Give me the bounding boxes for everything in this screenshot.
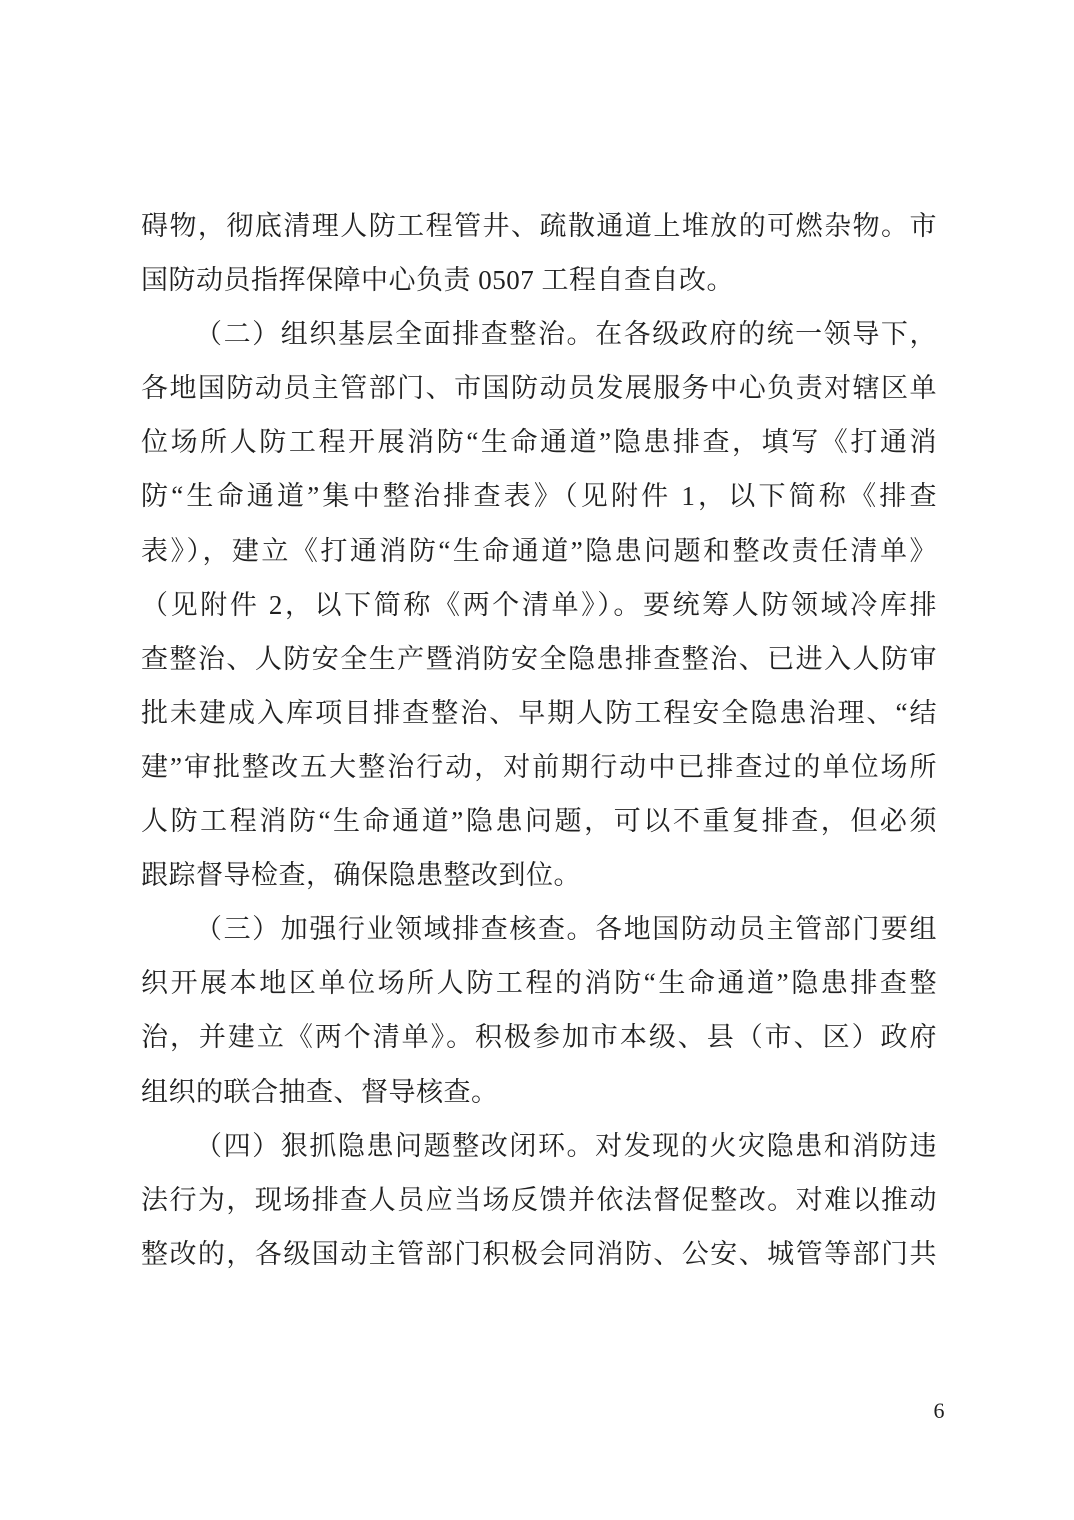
text-line: （二）组织基层全面排查整治。在各级政府的统一领导下，: [141, 307, 937, 361]
text-line: 碍物，彻底清理人防工程管井、疏散通道上堆放的可燃杂物。市: [141, 199, 937, 253]
text-line: 治，并建立《两个清单》。积极参加市本级、县（市、区）政府: [141, 1010, 937, 1064]
text-line: 批未建成入库项目排查整治、早期人防工程安全隐患治理、“结: [141, 686, 937, 740]
document-body: 碍物，彻底清理人防工程管井、疏散通道上堆放的可燃杂物。市国防动员指挥保障中心负责…: [141, 199, 937, 1281]
page-number: 6: [924, 1396, 954, 1426]
text-line: 查整治、人防安全生产暨消防安全隐患排查整治、已进入人防审: [141, 632, 937, 686]
text-line: 法行为，现场排查人员应当场反馈并依法督促整改。对难以推动: [141, 1173, 937, 1227]
text-line: 建”审批整改五大整治行动，对前期行动中已排查过的单位场所: [141, 740, 937, 794]
text-line: 国防动员指挥保障中心负责 0507 工程自查自改。: [141, 253, 937, 307]
text-line: （三）加强行业领域排查核查。各地国防动员主管部门要组: [141, 902, 937, 956]
document-page: 碍物，彻底清理人防工程管井、疏散通道上堆放的可燃杂物。市国防动员指挥保障中心负责…: [0, 0, 1074, 1520]
text-line: 跟踪督导检查，确保隐患整改到位。: [141, 848, 937, 902]
text-line: （见附件 2，以下简称《两个清单》）。要统筹人防领域冷库排: [141, 578, 937, 632]
text-line: 防“生命通道”集中整治排查表》（见附件 1，以下简称《排查: [141, 469, 937, 523]
text-line: 各地国防动员主管部门、市国防动员发展服务中心负责对辖区单: [141, 361, 937, 415]
text-line: 表》），建立《打通消防“生命通道”隐患问题和整改责任清单》: [141, 524, 937, 578]
text-line: 位场所人防工程开展消防“生命通道”隐患排查，填写《打通消: [141, 415, 937, 469]
text-line: 人防工程消防“生命通道”隐患问题，可以不重复排查，但必须: [141, 794, 937, 848]
text-line: 织开展本地区单位场所人防工程的消防“生命通道”隐患排查整: [141, 956, 937, 1010]
text-line: 组织的联合抽查、督导核查。: [141, 1065, 937, 1119]
text-line: （四）狠抓隐患问题整改闭环。对发现的火灾隐患和消防违: [141, 1119, 937, 1173]
text-line: 整改的，各级国动主管部门积极会同消防、公安、城管等部门共: [141, 1227, 937, 1281]
